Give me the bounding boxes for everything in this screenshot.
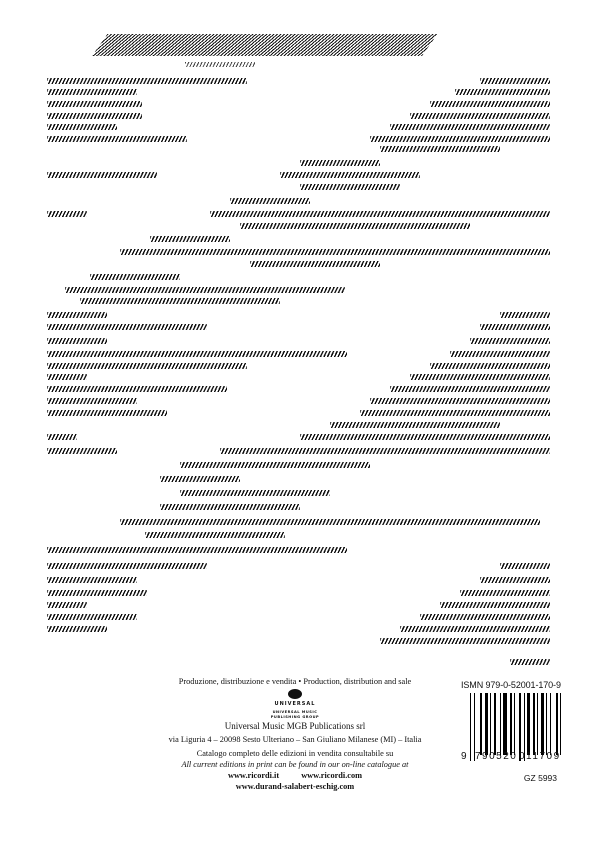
catalogue-entry-line [47,172,157,178]
catalogue-entry-line [180,490,330,496]
publisher-name: Universal Music MGB Publications srl [160,721,430,732]
catalogue-entry-line [47,78,247,84]
catalogue-entry-line [210,211,550,217]
catalogue-entry-line [65,287,345,293]
link-durand[interactable]: www.durand-salabert-eschig.com [160,781,430,792]
catalogue-entry-line [250,261,380,267]
catalogue-entry-line [47,338,107,344]
catalogue-entry-line [450,351,550,357]
catalogue-entry-line [500,312,550,318]
catalogue-entry-line [120,249,550,255]
catalogue-entry-line [370,136,550,142]
catalogue-entry-line [430,363,550,369]
catalogue-entry-line [480,324,550,330]
catalogue-entry-line [47,113,142,119]
barcode-bar [503,693,507,755]
barcode-bar [537,693,538,755]
catalogue-entry-line [160,476,240,482]
barcode-lead-digit: 9 [461,751,467,762]
catalogue-entry-line [47,89,137,95]
catalogue-entry-line [47,577,137,583]
catalogue-entry-line [120,519,540,525]
catalogue-code: GZ 5993 [461,773,561,783]
catalogue-entry-line [230,198,310,204]
catalogue-entry-line [47,374,87,380]
catalogue-entry-line [300,184,400,190]
catalogue-entry-line [440,602,550,608]
catalogue-entry-line [47,547,347,553]
catalogue-entry-line [47,386,227,392]
barcode-bar [533,693,535,755]
catalogue-entry-line [150,236,230,242]
logo-sub2: PUBLISHING GROUP [265,715,325,720]
catalogue-entry-line [410,113,550,119]
catalogue-title [92,34,437,56]
barcode-bar [546,693,547,755]
title-glyphs-distorted [92,34,437,56]
catalogue-entry-line [220,448,550,454]
catalogue-entry-line [510,659,550,665]
catalogue-entry-line [47,410,167,416]
link-ricordi-com[interactable]: www.ricordi.com [301,771,362,780]
catalogue-entry-line [47,563,207,569]
barcode-bar [500,693,501,755]
barcode-bar [480,693,482,755]
catalogue-entry-line [430,101,550,107]
catalogue-entry-line [47,614,137,620]
catalogue-entry-line [455,89,550,95]
catalogue-entry-line [47,398,137,404]
universal-logo: UNIVERSAL UNIVERSAL MUSIC PUBLISHING GRO… [265,689,325,720]
catalogue-entry-line [390,386,550,392]
catalogue-entry-line [420,614,550,620]
website-links: www.ricordi.it www.ricordi.com [160,770,430,781]
barcode-bar [527,693,530,755]
catalogue-entry-line [470,338,550,344]
catalogue-entry-line [47,312,107,318]
catalogue-entry-line [300,434,550,440]
subtitle-distorted [185,62,255,67]
catalogue-entry-line [370,398,550,404]
catalogue-entry-line [390,124,550,130]
barcode-bar [510,693,512,755]
ismn-number: ISMN 979-0-52001-170-9 [461,680,561,690]
publisher-imprint: Produzione, distribuzione e vendita • Pr… [160,676,430,792]
catalogue-note-en: All current editions in print can be fou… [160,759,430,770]
catalogue-entry-line [400,626,550,632]
barcode-bar [541,693,544,755]
barcode-digits: 9 790520 011709 [461,751,561,763]
publisher-address: via Liguria 4 – 20098 Sesto Ulteriano – … [160,734,430,745]
catalogue-entry-line [47,324,207,330]
catalogue-entry-line [80,298,280,304]
catalogue-entry-line [47,351,347,357]
catalogue-entry-line [47,626,107,632]
catalogue-entry-line [47,602,87,608]
catalogue-entry-line [330,422,500,428]
catalogue-entry-line [360,410,550,416]
barcode-bar [560,693,561,755]
catalogue-entry-line [160,504,300,510]
catalogue-entry-line [47,590,147,596]
catalogue-entry-line [380,146,500,152]
catalogue-entry-line [480,577,550,583]
catalogue-entry-line [500,563,550,569]
globe-icon [288,689,302,699]
barcode-bar [514,693,515,755]
link-ricordi-it[interactable]: www.ricordi.it [228,771,279,780]
catalogue-entry-line [480,78,550,84]
catalogue-entry-line [300,160,380,166]
catalogue-entry-line [47,363,247,369]
barcode-bar [485,693,488,755]
barcode-block: ISMN 979-0-52001-170-9 9 790520 011709 G… [461,680,561,783]
catalogue-entry-line [410,374,550,380]
catalogue-entry-line [47,124,117,130]
catalogue-entry-line [240,223,470,229]
logo-brand: UNIVERSAL [265,699,325,710]
distribution-line: Produzione, distribuzione e vendita • Pr… [160,676,430,687]
catalogue-entry-line [47,136,187,142]
catalogue-entry-line [280,172,420,178]
catalogue-entry-line [460,590,550,596]
barcode-bar [556,693,558,755]
barcode-bar [494,693,496,755]
catalogue-entry-line [47,448,117,454]
barcode [470,693,562,755]
catalogue-entry-line [380,638,550,644]
catalogue-entry-line [145,532,285,538]
catalogue-entry-line [180,462,370,468]
barcode-bar [550,693,551,755]
catalogue-entry-line [47,211,87,217]
catalogue-note-it: Catalogo completo delle edizioni in vend… [160,748,430,759]
barcode-bar [490,693,491,755]
catalogue-entry-line [90,274,180,280]
catalogue-entry-line [47,101,142,107]
back-cover-page: Produzione, distribuzione e vendita • Pr… [0,0,595,841]
barcode-group-1: 790520 [475,751,517,762]
catalogue-entry-line [47,434,77,440]
barcode-group-2: 011709 [519,751,561,762]
